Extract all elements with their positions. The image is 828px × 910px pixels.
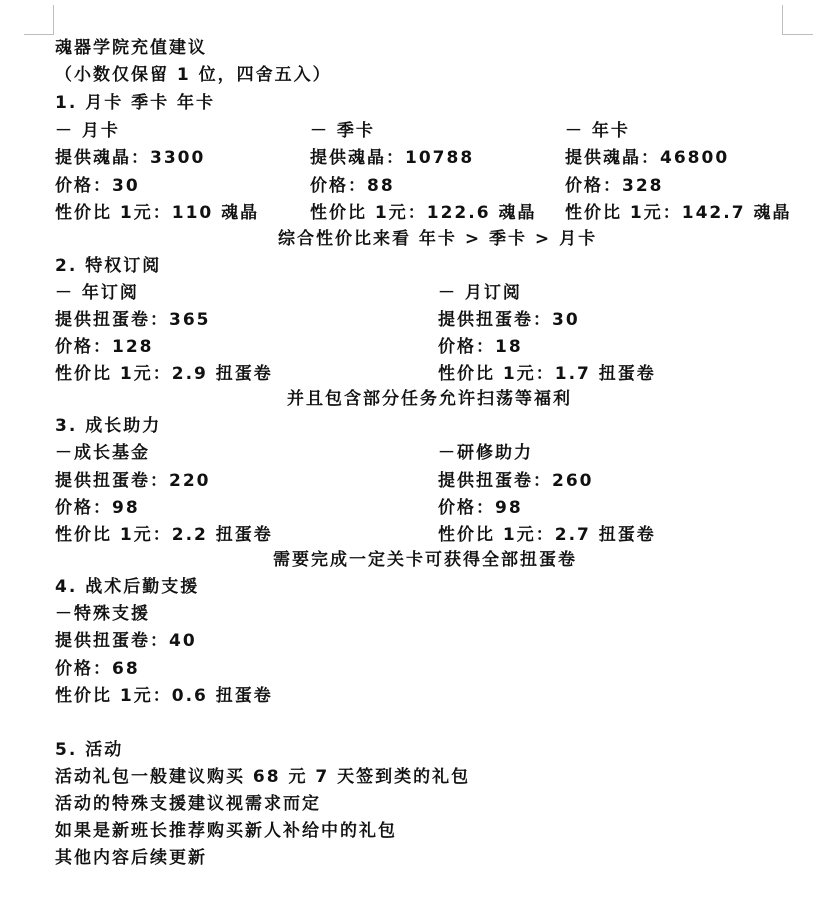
item-ratio: 性价比 1元：2.7 扭蛋卷 xyxy=(438,524,656,546)
page-corner-mark-top-left xyxy=(24,5,54,35)
item-ratio: 性价比 1元：142.7 魂晶 xyxy=(565,202,791,224)
item-price: 价格：88 xyxy=(310,175,395,197)
item-price: 价格：98 xyxy=(438,497,523,519)
document-title: 魂器学院充值建议 xyxy=(55,37,207,59)
event-line: 活动礼包一般建议购买 68 元 7 天签到类的礼包 xyxy=(55,766,470,788)
item-price: 价格：328 xyxy=(565,175,664,197)
rounding-note: （小数仅保留 1 位，四舍五入） xyxy=(55,64,332,86)
item-ratio: 性价比 1元：122.6 魂晶 xyxy=(310,202,536,224)
section-summary: 综合性价比来看 年卡 > 季卡 > 月卡 xyxy=(278,228,597,250)
section-summary: 并且包含部分任务允许扫荡等福利 xyxy=(287,388,572,410)
item-price: 价格：18 xyxy=(438,336,523,358)
item-ratio: 性价比 1元：0.6 扭蛋卷 xyxy=(55,685,273,707)
event-line: 其他内容后续更新 xyxy=(55,847,207,869)
item-provide: 提供扭蛋卷：30 xyxy=(438,309,580,331)
item-name: － 季卡 xyxy=(310,120,375,142)
item-provide: 提供扭蛋卷：220 xyxy=(55,470,211,492)
item-price: 价格：128 xyxy=(55,336,154,358)
section-heading-logistics: 4. 战术后勤支援 xyxy=(55,576,199,598)
item-provide: 提供魂晶：46800 xyxy=(565,147,729,169)
item-name: － 月订阅 xyxy=(438,282,522,304)
item-price: 价格：30 xyxy=(55,175,140,197)
item-provide: 提供魂晶：3300 xyxy=(55,147,205,169)
item-name: － 年订阅 xyxy=(55,282,139,304)
item-name: －成长基金 xyxy=(55,442,150,464)
item-provide: 提供扭蛋卷：365 xyxy=(55,309,211,331)
item-ratio: 性价比 1元：1.7 扭蛋卷 xyxy=(438,363,656,385)
item-provide: 提供魂晶：10788 xyxy=(310,147,474,169)
section-heading-cards: 1. 月卡 季卡 年卡 xyxy=(55,92,215,114)
section-heading-events: 5. 活动 xyxy=(55,739,123,761)
item-ratio: 性价比 1元：110 魂晶 xyxy=(55,202,259,224)
item-provide: 提供扭蛋卷：260 xyxy=(438,470,594,492)
event-line: 如果是新班长推荐购买新人补给中的礼包 xyxy=(55,820,397,842)
item-ratio: 性价比 1元：2.2 扭蛋卷 xyxy=(55,524,273,546)
section-heading-growth: 3. 成长助力 xyxy=(55,415,161,437)
section-summary: 需要完成一定关卡可获得全部扭蛋卷 xyxy=(273,549,577,571)
page-corner-mark-top-right xyxy=(782,5,813,35)
item-name: －特殊支援 xyxy=(55,603,150,625)
item-price: 价格：98 xyxy=(55,497,140,519)
section-heading-subscription: 2. 特权订阅 xyxy=(55,255,161,277)
item-provide: 提供扭蛋卷：40 xyxy=(55,630,197,652)
item-ratio: 性价比 1元：2.9 扭蛋卷 xyxy=(55,363,273,385)
event-line: 活动的特殊支援建议视需求而定 xyxy=(55,793,321,815)
item-price: 价格：68 xyxy=(55,658,140,680)
item-name: － 月卡 xyxy=(55,120,120,142)
item-name: －研修助力 xyxy=(438,442,533,464)
item-name: － 年卡 xyxy=(565,120,630,142)
